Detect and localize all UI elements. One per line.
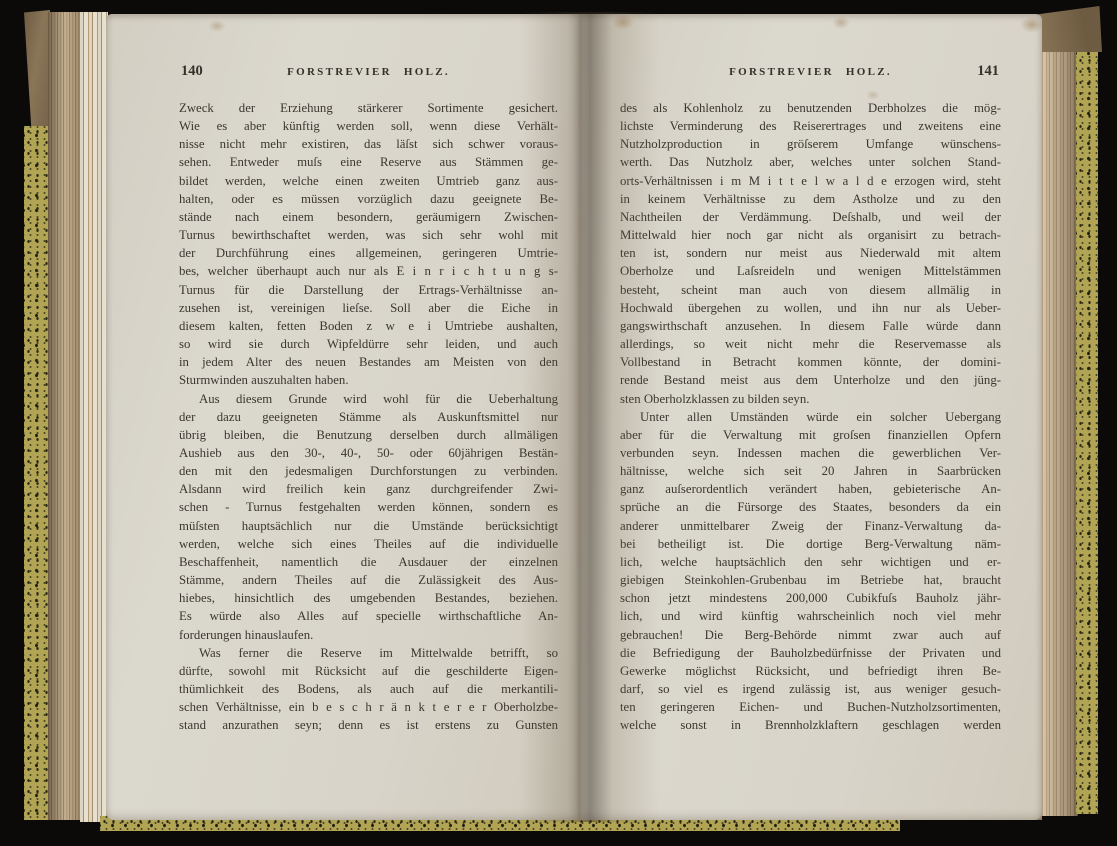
right-page-header: FORSTREVIER HOLZ. 141 xyxy=(620,66,1001,86)
text-line: Zweck der Erziehung stärkerer Sortimente… xyxy=(179,99,558,117)
text-line: schon jetzt mindestens 200,000 Cubikfuſs… xyxy=(620,589,1001,607)
text-line: werden, welche sich eines Theiles auf di… xyxy=(179,535,558,553)
text-line: schen - Turnus festgehalten werden könne… xyxy=(179,498,558,516)
text-line: gebrauchen! Die Berg-Behörde nimmt zwar … xyxy=(620,626,1001,644)
text-line: die Befriedigung der Bauholzbedürfnisse … xyxy=(620,644,1001,662)
text-line: bildet werden, welche einen zweiten Umtr… xyxy=(179,172,558,190)
text-line: lich, und wird künftig wahrscheinlich no… xyxy=(620,607,1001,625)
text-line: des als Kohlenholz zu benutzenden Derbho… xyxy=(620,99,1001,117)
text-line: den mit den jedesmaligen Durchforstungen… xyxy=(179,462,558,480)
text-line: Vollbestand in Betracht kommen könnte, d… xyxy=(620,353,1001,371)
text-line: in jedem Alter des neuen Bestandes am Me… xyxy=(179,353,558,371)
text-line: Nachtheilen der Verdämmung. Deſshalb, un… xyxy=(620,208,1001,226)
text-line: der dazu geeigneten Stämme als Auskunfts… xyxy=(179,408,558,426)
page-number: 140 xyxy=(181,63,203,80)
book-page-left: 140 FORSTREVIER HOLZ. Zweck der Erziehun… xyxy=(106,14,580,820)
text-line: hiebes, hinsichtlich des umgebenden Best… xyxy=(179,589,558,607)
left-page-text-column: 140 FORSTREVIER HOLZ. Zweck der Erziehun… xyxy=(179,66,558,734)
text-line: Unter allen Umständen würde ein solcher … xyxy=(620,408,1001,426)
text-line: nisse nicht mehr existiren, das läſst si… xyxy=(179,135,558,153)
text-line: Oberholze und Laſsreideln und wenigen Mi… xyxy=(620,262,1001,280)
text-line: schen Verhältnisse, ein b e s c h r ä n … xyxy=(179,698,558,716)
text-line: hältnisse, welche sich seit 20 Jahren in… xyxy=(620,462,1001,480)
text-line: Es würde also Alles auf specielle wirths… xyxy=(179,607,558,625)
text-line: in keinem Verhältnisse zu dem Astholze u… xyxy=(620,190,1001,208)
text-line: ten geringeren Eichen- und Buchen-Nutzho… xyxy=(620,698,1001,716)
text-line: der Durchführung eines allgemeinen, geri… xyxy=(179,244,558,262)
running-title: FORSTREVIER HOLZ. xyxy=(620,66,1001,78)
right-page-body: des als Kohlenholz zu benutzenden Derbho… xyxy=(620,99,1001,734)
marbled-cover-right xyxy=(1076,44,1098,814)
text-line: übrig bleiben, die Benutzung derselben d… xyxy=(179,426,558,444)
running-title: FORSTREVIER HOLZ. xyxy=(179,66,558,78)
text-line: anderer unmittelbarer Zweig der Finanz-V… xyxy=(620,517,1001,535)
text-line: Aus diesem Grunde wird wohl für die Uebe… xyxy=(179,390,558,408)
fore-edge-left xyxy=(48,12,80,820)
text-line: Mittelwald hier noch gar nicht als organ… xyxy=(620,226,1001,244)
text-line: forderungen hinauslaufen. xyxy=(179,626,558,644)
fore-edge-right xyxy=(1040,16,1078,816)
text-line: Beschaffenheit, namentlich die Ausdauer … xyxy=(179,553,558,571)
text-line: Was ferner die Reserve im Mittelwalde be… xyxy=(179,644,558,662)
text-line: giebigen Steinkohlen-Grubenbau im Betrie… xyxy=(620,571,1001,589)
text-line: ten ist, sondern nur meist aus Niederwal… xyxy=(620,244,1001,262)
text-line: welche sonst in Brennholzklaftern geschl… xyxy=(620,716,1001,734)
text-line: allerdings, so weit nicht mehr die Reser… xyxy=(620,335,1001,353)
text-line: halten, oder es müssen vorzüglich dazu g… xyxy=(179,190,558,208)
text-line: sehen. Entweder muſs eine Reserve aus St… xyxy=(179,153,558,171)
text-line: so wird sie durch Wipfeldürre sehr leide… xyxy=(179,335,558,353)
leather-corner-top-right xyxy=(1038,6,1102,52)
text-line: sten Oberholzklassen zu bilden seyn. xyxy=(620,390,1001,408)
book-photo-background: 140 FORSTREVIER HOLZ. Zweck der Erziehun… xyxy=(0,0,1117,846)
page-number: 141 xyxy=(977,63,999,80)
text-line: Hochwald übergehen zu wollen, und ihn nu… xyxy=(620,299,1001,317)
text-line: verbunden seyn. Indessen machen die gewe… xyxy=(620,444,1001,462)
text-line: orts-Verhältnissen i m M i t t e l w a l… xyxy=(620,172,1001,190)
marbled-cover-left xyxy=(24,126,50,820)
right-page-text-column: FORSTREVIER HOLZ. 141 des als Kohlenholz… xyxy=(620,66,1001,734)
text-line: sprüche an die Fürsorge des Staates, bes… xyxy=(620,498,1001,516)
text-line: Stämme, andern Theiles auf die Zulässigk… xyxy=(179,571,558,589)
text-line: ganz auſserordentlich verändert haben, g… xyxy=(620,480,1001,498)
text-line: bei betheiligt ist. Die dortige Berg-Ver… xyxy=(620,535,1001,553)
text-line: rende Bestand meist aus dem Unterholze u… xyxy=(620,371,1001,389)
text-line: lich, welche hauptsächlich den sehr wich… xyxy=(620,553,1001,571)
text-line: darf, so viel es irgend zulässig ist, au… xyxy=(620,680,1001,698)
text-line: aber für die Verwaltung mit groſsen fina… xyxy=(620,426,1001,444)
text-line: stände nach einem besondern, geräumigern… xyxy=(179,208,558,226)
text-line: Gewerke möglichst Rücksicht, und befried… xyxy=(620,662,1001,680)
text-line: Turnus bewirthschaftet werden, was sich … xyxy=(179,226,558,244)
text-line: bes, welcher überhaupt auch nur als E i … xyxy=(179,262,558,280)
text-line: thümlichkeit des Bodens, als auch auf di… xyxy=(179,680,558,698)
text-line: zusehen ist, vereinigen lieſse. Soll abe… xyxy=(179,299,558,317)
text-line: Sturmwinden auszuhalten haben. xyxy=(179,371,558,389)
text-line: besteht, scheint man auch von diesem all… xyxy=(620,281,1001,299)
leather-corner-top-left xyxy=(24,10,50,132)
text-line: stand anzurathen seyn; denn es ist erste… xyxy=(179,716,558,734)
book-page-right: FORSTREVIER HOLZ. 141 des als Kohlenholz… xyxy=(580,14,1042,820)
text-line: Aushieb aus den 30-, 40-, 50- oder 60jäh… xyxy=(179,444,558,462)
page-stack-edge-left xyxy=(80,12,108,822)
left-page-body: Zweck der Erziehung stärkerer Sortimente… xyxy=(179,99,558,734)
text-line: müſsten hauptsächlich nur die Umstände b… xyxy=(179,517,558,535)
text-line: gangswirthschaft anzusehen. In diesem Fa… xyxy=(620,317,1001,335)
text-line: Wie es aber künftig werden soll, wenn di… xyxy=(179,117,558,135)
text-line: dürfte, sowohl mit Rücksicht auf die ges… xyxy=(179,662,558,680)
text-line: Turnus für die Darstellung der Ertrags-V… xyxy=(179,281,558,299)
left-page-header: 140 FORSTREVIER HOLZ. xyxy=(179,66,558,86)
text-line: diesem kalten, fetten Boden z w e i Umtr… xyxy=(179,317,558,335)
text-line: Alsdann wird freilich kein ganz durchgre… xyxy=(179,480,558,498)
text-line: werth. Das Nutzholz aber, welches unter … xyxy=(620,153,1001,171)
text-line: lichste Verminderung des Reiserertrages … xyxy=(620,117,1001,135)
text-line: Nutzholzproduction in gröſserem Umfange … xyxy=(620,135,1001,153)
